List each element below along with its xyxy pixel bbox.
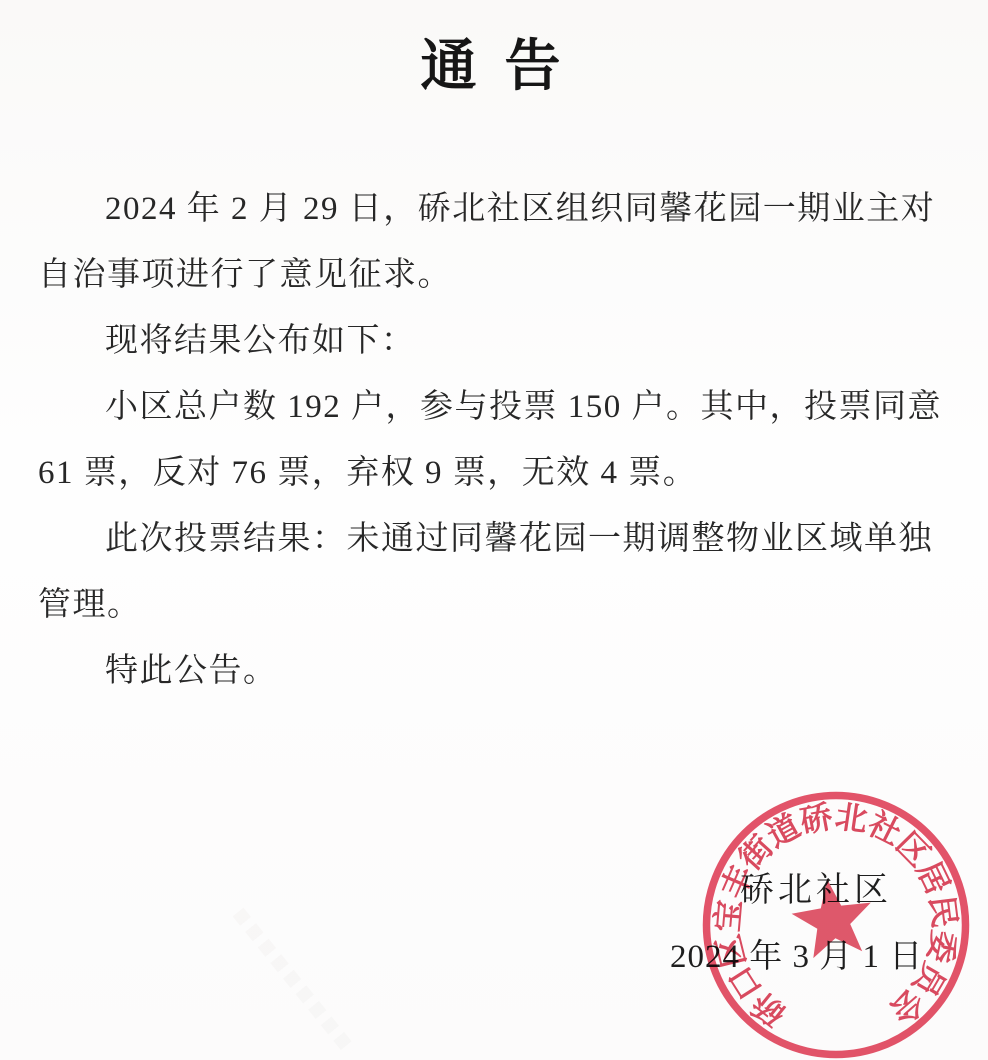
scan-artifact — [233, 908, 357, 1057]
notice-body: 2024 年 2 月 29 日，硚北社区组织同馨花园一期业主对 自治事项进行了意… — [38, 176, 960, 704]
body-line: 管理。 — [38, 572, 960, 638]
body-line: 2024 年 2 月 29 日，硚北社区组织同馨花园一期业主对 — [38, 176, 960, 242]
official-seal-stamp: 硚口区宝丰街道硚北社区居民委员会 — [690, 778, 986, 1060]
body-line: 现将结果公布如下： — [38, 308, 960, 374]
notice-title: 通 告 — [0, 22, 988, 102]
stamp-star-icon — [792, 879, 871, 958]
body-line: 特此公告。 — [38, 638, 960, 704]
body-line: 小区总户数 192 户，参与投票 150 户。其中，投票同意 — [38, 374, 960, 440]
body-line: 此次投票结果：未通过同馨花园一期调整物业区域单独 — [38, 506, 960, 572]
body-line: 自治事项进行了意见征求。 — [38, 242, 960, 308]
notice-document: 通 告 2024 年 2 月 29 日，硚北社区组织同馨花园一期业主对 自治事项… — [0, 0, 988, 1060]
body-line: 61 票，反对 76 票，弃权 9 票，无效 4 票。 — [38, 440, 960, 506]
